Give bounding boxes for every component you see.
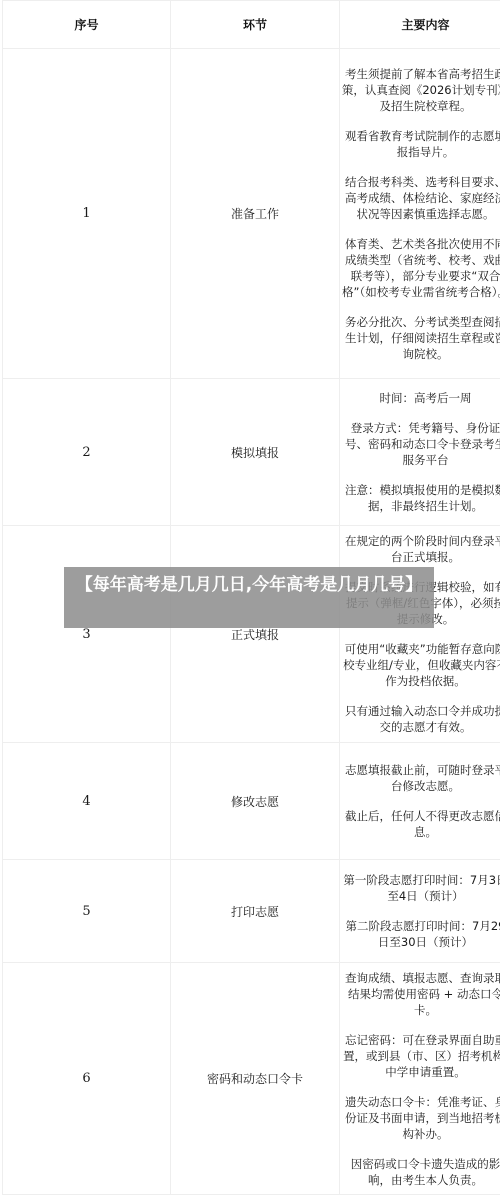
content-paragraph: 体育类、艺术类各批次使用不同成绩类型（省统考、校考、戏曲联考等），部分专业要求“… xyxy=(341,236,500,300)
row-content: 第一阶段志愿打印时间：7月3日至4日（预计）第二阶段志愿打印时间：7月29日至3… xyxy=(340,860,500,963)
article-title-overlay: 【每年高考是几月几日,今年高考是几月几号】 xyxy=(64,567,434,628)
row-number: 2 xyxy=(3,379,171,526)
table-row: 1准备工作考生须提前了解本省高考招生政策，认真查阅《2026计划专刊》及招生院校… xyxy=(3,49,500,379)
row-content: 在规定的两个阶段时间内登录平台正式填报。提交时系统进行逻辑校验，如有提示（弹框/… xyxy=(340,526,500,743)
content-paragraph: 务必分批次、分考试类型查阅招生计划，仔细阅读招生章程或咨询院校。 xyxy=(341,314,500,362)
table-row: 5打印志愿第一阶段志愿打印时间：7月3日至4日（预计）第二阶段志愿打印时间：7月… xyxy=(3,860,500,963)
content-paragraph: 考生须提前了解本省高考招生政策，认真查阅《2026计划专刊》及招生院校章程。 xyxy=(341,66,500,114)
content-paragraph: 截止后，任何人不得更改志愿信息。 xyxy=(341,808,500,840)
table-row: 4修改志愿志愿填报截止前，可随时登录平台修改志愿。截止后，任何人不得更改志愿信息… xyxy=(3,743,500,860)
row-number: 3 xyxy=(3,526,171,743)
row-number: 4 xyxy=(3,743,171,860)
header-stage: 环节 xyxy=(171,1,340,49)
row-content: 查询成绩、填报志愿、查询录取结果均需使用密码 + 动态口令卡。忘记密码：可在登录… xyxy=(340,963,500,1195)
row-stage: 准备工作 xyxy=(171,49,340,379)
content-paragraph: 查询成绩、填报志愿、查询录取结果均需使用密码 + 动态口令卡。 xyxy=(341,970,500,1018)
table-row: 6密码和动态口令卡查询成绩、填报志愿、查询录取结果均需使用密码 + 动态口令卡。… xyxy=(3,963,500,1195)
table-header-row: 序号 环节 主要内容 xyxy=(3,1,500,49)
content-paragraph: 时间：高考后一周 xyxy=(341,390,500,406)
header-content: 主要内容 xyxy=(340,1,500,49)
content-paragraph: 第一阶段志愿打印时间：7月3日至4日（预计） xyxy=(341,872,500,904)
row-stage: 修改志愿 xyxy=(171,743,340,860)
content-paragraph: 只有通过输入动态口令并成功提交的志愿才有效。 xyxy=(341,703,500,735)
row-stage: 打印志愿 xyxy=(171,860,340,963)
row-number: 5 xyxy=(3,860,171,963)
content-paragraph: 遗失动态口令卡：凭准考证、身份证及书面申请，到当地招考机构补办。 xyxy=(341,1094,500,1142)
row-content: 志愿填报截止前，可随时登录平台修改志愿。截止后，任何人不得更改志愿信息。 xyxy=(340,743,500,860)
row-stage: 密码和动态口令卡 xyxy=(171,963,340,1195)
content-paragraph: 志愿填报截止前，可随时登录平台修改志愿。 xyxy=(341,762,500,794)
header-number: 序号 xyxy=(3,1,171,49)
table-row: 2模拟填报时间：高考后一周登录方式：凭考籍号、身份证号、密码和动态口令卡登录考生… xyxy=(3,379,500,526)
content-paragraph: 登录方式：凭考籍号、身份证号、密码和动态口令卡登录考生服务平台 xyxy=(341,420,500,468)
row-number: 1 xyxy=(3,49,171,379)
row-number: 6 xyxy=(3,963,171,1195)
content-paragraph: 可使用“收藏夹”功能暂存意向院校专业组/专业，但收藏夹内容不作为投档依据。 xyxy=(341,641,500,689)
content-paragraph: 结合报考科类、选考科目要求、高考成绩、体检结论、家庭经济状况等因素慎重选择志愿。 xyxy=(341,174,500,222)
row-stage: 正式填报 xyxy=(171,526,340,743)
row-content: 考生须提前了解本省高考招生政策，认真查阅《2026计划专刊》及招生院校章程。观看… xyxy=(340,49,500,379)
content-paragraph: 注意：模拟填报使用的是模拟数据，非最终招生计划。 xyxy=(341,482,500,514)
content-paragraph: 忘记密码：可在登录界面自助重置，或到县（市、区）招考机构/中学申请重置。 xyxy=(341,1032,500,1080)
content-paragraph: 因密码或口令卡遗失造成的影响，由考生本人负责。 xyxy=(341,1156,500,1188)
table-row: 3正式填报在规定的两个阶段时间内登录平台正式填报。提交时系统进行逻辑校验，如有提… xyxy=(3,526,500,743)
content-paragraph: 观看省教育考试院制作的志愿填报指导片。 xyxy=(341,128,500,160)
row-content: 时间：高考后一周登录方式：凭考籍号、身份证号、密码和动态口令卡登录考生服务平台注… xyxy=(340,379,500,526)
content-paragraph: 在规定的两个阶段时间内登录平台正式填报。 xyxy=(341,533,500,565)
row-stage: 模拟填报 xyxy=(171,379,340,526)
content-paragraph: 第二阶段志愿打印时间：7月29日至30日（预计） xyxy=(341,918,500,950)
